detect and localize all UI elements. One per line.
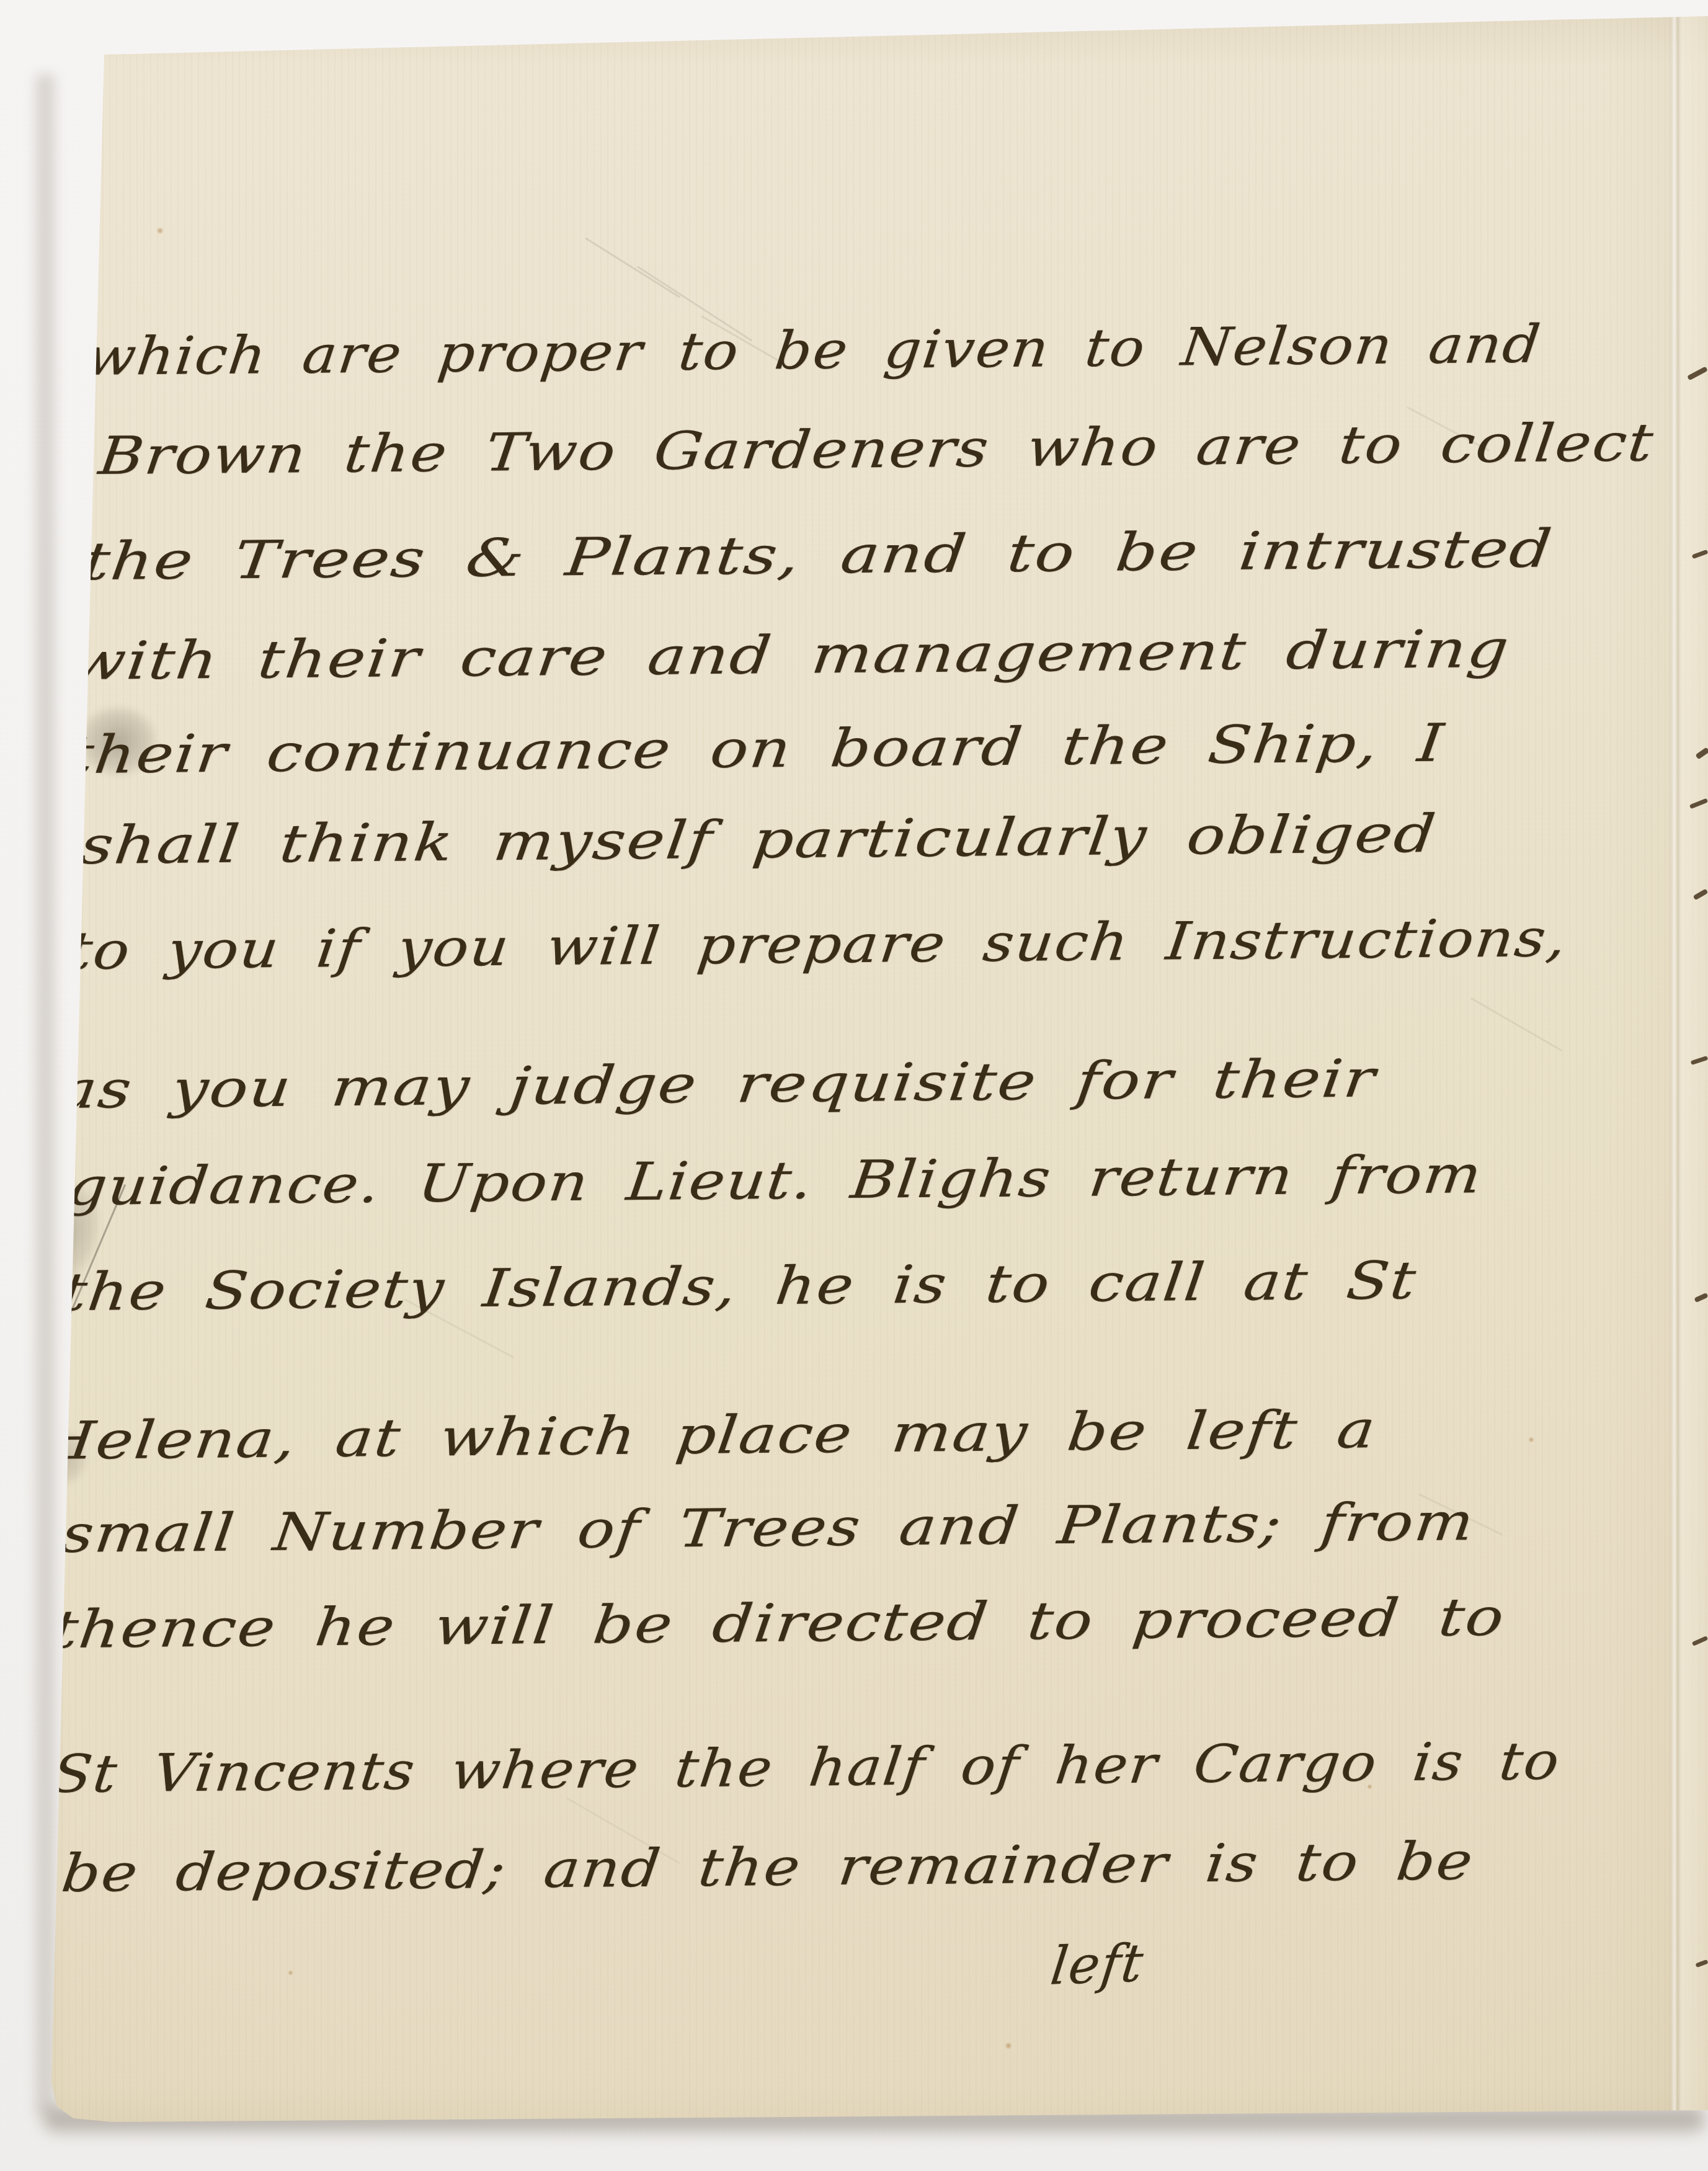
handwriting-line: shall think myself particularly obliged <box>77 801 1440 878</box>
fold-crease <box>1670 12 1681 2115</box>
handwriting-line: St Vincents where the half of her Cargo … <box>49 1729 1563 1806</box>
handwriting-line: small Number of Trees and Plants; from <box>58 1489 1478 1566</box>
letter-page: which are proper to be given to Nelson a… <box>0 0 1708 2171</box>
fox-spot <box>1005 2042 1012 2049</box>
handwriting-line: as you may judge requisite for their <box>55 1046 1379 1122</box>
handwriting-line: be deposited; and the remainder is to be <box>58 1829 1477 1906</box>
catchword: left <box>1047 1932 1147 1997</box>
fox-spot <box>156 227 164 234</box>
handwriting-line: Helena, at which place may be left a <box>37 1397 1380 1473</box>
handwriting-line: their continuance on board the Ship, I <box>64 711 1448 787</box>
handwriting-line: the Trees & Plants, and to be intrusted <box>80 516 1556 594</box>
photo-backdrop: which are proper to be given to Nelson a… <box>0 0 1708 2171</box>
fox-spot <box>288 1970 293 1976</box>
handwriting-line: guidance. Upon Lieut. Blighs return from <box>64 1142 1486 1219</box>
handwriting-line: with their care and management during <box>68 617 1513 693</box>
paper-shadow-left <box>36 74 55 2115</box>
handwriting-line: Brown the Two Gardeners who are to colle… <box>96 410 1658 488</box>
handwriting-line: thence he will be directed to proceed to <box>49 1585 1508 1662</box>
fox-spot <box>1528 1437 1534 1443</box>
handwriting-line: to you if you will prepare such Instruct… <box>64 906 1571 983</box>
handwriting-line: the Society Islands, he is to call at St <box>58 1248 1420 1324</box>
handwriting-line: which are proper to be given to Nelson a… <box>83 311 1544 389</box>
